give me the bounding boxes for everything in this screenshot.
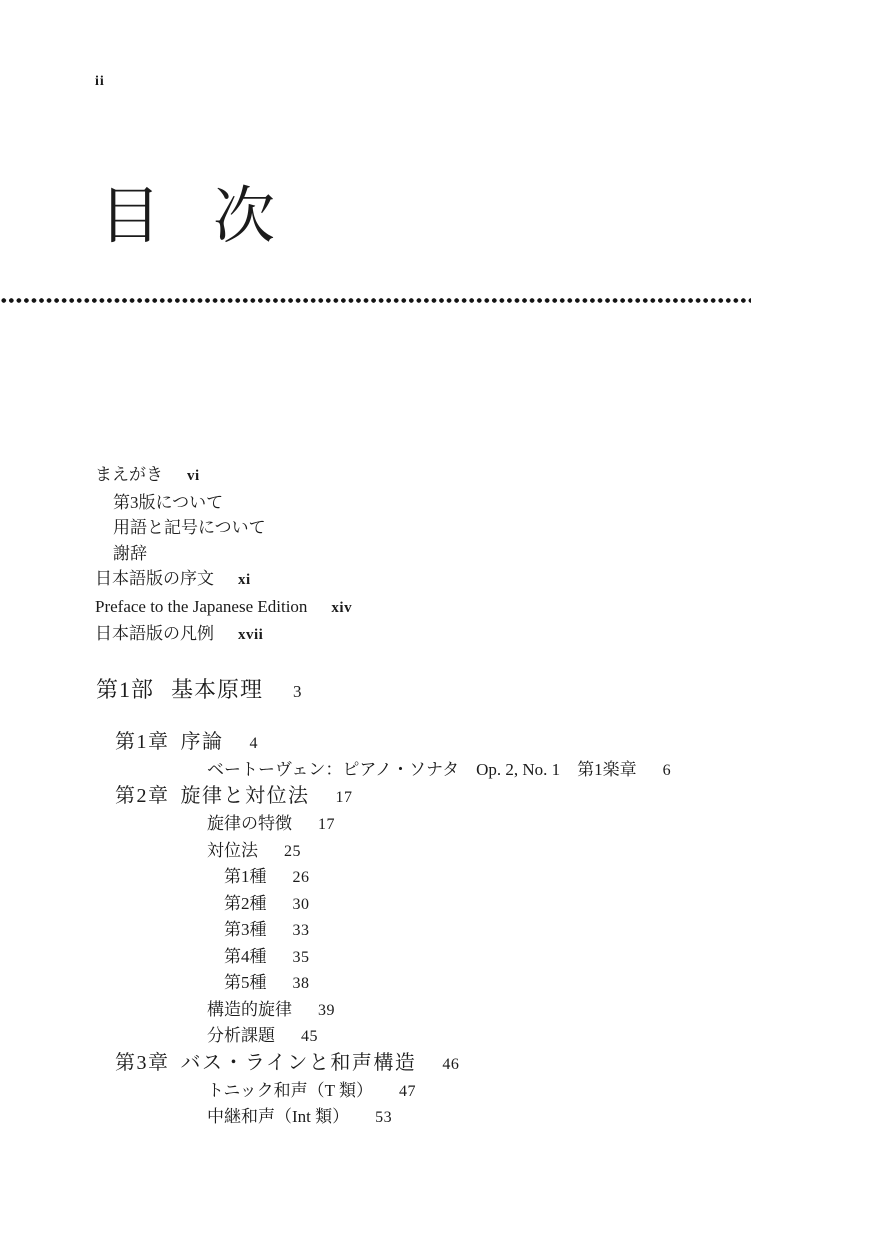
entry-page: 39 (318, 1002, 335, 1019)
entry-label: Preface to the Japanese Edition (95, 597, 307, 616)
entry-label: 第1種 (224, 867, 267, 886)
entry-page: 38 (293, 975, 310, 992)
page-folio: ii (95, 74, 105, 90)
entry-title: バス・ラインと和声構造 (181, 1052, 417, 1074)
entry-page: xiv (331, 600, 352, 616)
entry-label: 日本語版の凡例 (95, 624, 214, 643)
entry-title: 旋律と対位法 (181, 785, 310, 807)
toc-entry-chapter1: 第1章序論4 (0, 729, 872, 757)
page-title-char-1: 目 (99, 186, 161, 248)
entry-label: 構造的旋律 (207, 1000, 292, 1019)
toc-entry-jobun: 日本語版の序文xi (0, 566, 872, 594)
toc-entry-part1: 第1部基本原理3 (0, 674, 872, 708)
entry-page: 3 (293, 682, 302, 701)
entry-page: 17 (318, 816, 335, 833)
toc-entry-species3: 第3種33 (0, 917, 872, 944)
entry-label: 旋律の特徴 (207, 814, 292, 833)
toc-entry-hanrei: 日本語版の凡例xvii (0, 621, 872, 649)
book-page: ii 目 次 まえがきvi 第3版について 用語と記号について 謝辞 日本語版の… (0, 0, 872, 1236)
entry-label: 対位法 (207, 841, 258, 860)
entry-label: 分析課題 (207, 1026, 275, 1045)
entry-page: vi (187, 468, 200, 484)
entry-label: 第3種 (224, 920, 267, 939)
toc-entry-preface-en: Preface to the Japanese Editionxiv (0, 594, 872, 622)
entry-page: xi (238, 572, 251, 588)
table-of-contents: まえがきvi 第3版について 用語と記号について 謝辞 日本語版の序文xi Pr… (0, 462, 872, 1131)
toc-entry-species5: 第5種38 (0, 970, 872, 997)
toc-entry-yogo-kigo: 用語と記号について (0, 515, 872, 541)
entry-label: 第3章 (115, 1052, 170, 1074)
entry-page: 25 (284, 843, 301, 860)
dotted-divider (0, 296, 751, 305)
toc-entry-dai3han: 第3版について (0, 490, 872, 516)
entry-label: トニック和声（T 類） (207, 1081, 373, 1100)
entry-label: 第1部 (96, 677, 154, 702)
toc-entry-kozoteki-senritsu: 構造的旋律39 (0, 997, 872, 1024)
entry-label: 第1章 (115, 731, 170, 753)
entry-label: まえがき (95, 465, 163, 484)
entry-label: 第2種 (224, 894, 267, 913)
toc-entry-species2: 第2種30 (0, 891, 872, 918)
entry-label: 謝辞 (113, 544, 147, 563)
entry-page: 4 (250, 735, 259, 752)
entry-page: 30 (293, 896, 310, 913)
entry-label: 第3版について (113, 493, 223, 512)
toc-entry-species1: 第1種26 (0, 864, 872, 891)
entry-page: 47 (399, 1083, 416, 1100)
entry-label: 第4種 (224, 947, 267, 966)
toc-entry-chukei-wasei: 中継和声（Int 類）53 (0, 1104, 872, 1131)
entry-page: 46 (442, 1056, 459, 1073)
entry-page: 45 (301, 1028, 318, 1045)
entry-label: 日本語版の序文 (95, 569, 214, 588)
toc-entry-taiiho: 対位法25 (0, 838, 872, 865)
page-title: 目 次 (99, 186, 275, 248)
entry-title: 序論 (181, 731, 224, 753)
toc-entry-maegaki: まえがきvi (0, 462, 872, 490)
entry-page: 6 (663, 762, 672, 779)
entry-label: ベートーヴェン：ピアノ・ソナタ Op. 2, No. 1 第1楽章 (207, 760, 637, 779)
page-title-char-2: 次 (213, 186, 275, 248)
entry-page: 35 (293, 949, 310, 966)
toc-entry-shaji: 謝辞 (0, 541, 872, 567)
toc-entry-chapter3: 第3章バス・ラインと和声構造46 (0, 1050, 872, 1078)
entry-label: 第2章 (115, 785, 170, 807)
entry-page: 33 (293, 922, 310, 939)
toc-entry-beethoven-sonata: ベートーヴェン：ピアノ・ソナタ Op. 2, No. 1 第1楽章6 (0, 757, 872, 784)
toc-entry-tonic-wasei: トニック和声（T 類）47 (0, 1078, 872, 1105)
entry-page: xvii (238, 627, 263, 643)
entry-page: 53 (375, 1109, 392, 1126)
toc-entry-species4: 第4種35 (0, 944, 872, 971)
entry-page: 26 (293, 869, 310, 886)
entry-title: 基本原理 (171, 677, 263, 702)
toc-entry-chapter2: 第2章旋律と対位法17 (0, 783, 872, 811)
entry-label: 中継和声（Int 類） (207, 1107, 349, 1126)
toc-entry-senritsu-tokucho: 旋律の特徴17 (0, 811, 872, 838)
entry-page: 17 (336, 789, 353, 806)
entry-label: 用語と記号について (113, 518, 266, 537)
entry-label: 第5種 (224, 973, 267, 992)
toc-entry-bunseki-kadai: 分析課題45 (0, 1023, 872, 1050)
